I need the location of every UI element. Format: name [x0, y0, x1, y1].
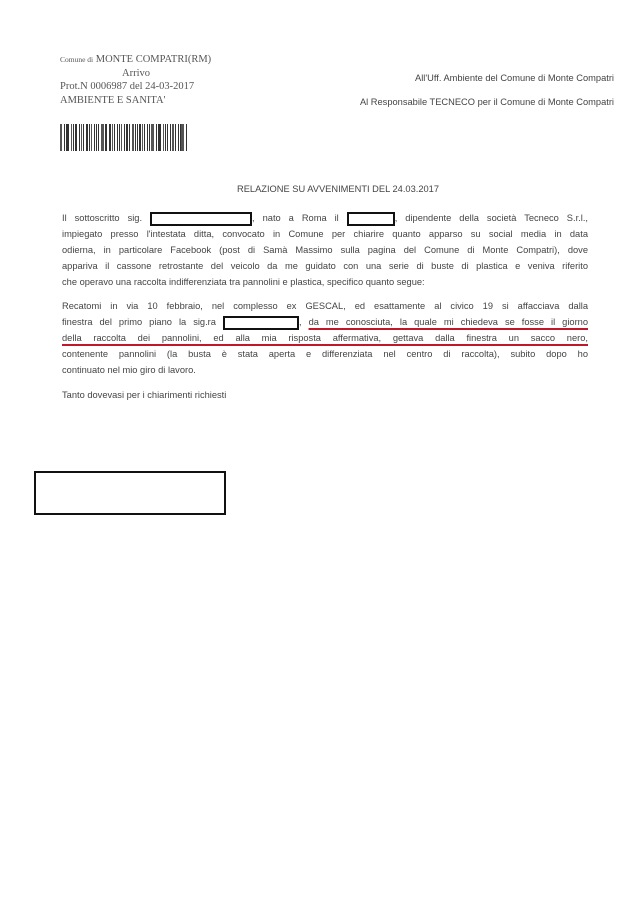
stamp-comune-prefix: Comune di	[60, 55, 93, 64]
redacted-birthdate	[347, 212, 395, 226]
paragraph-1-line-4: appariva il cassone retrostante del veic…	[62, 258, 588, 274]
redacted-signature	[34, 471, 226, 515]
paragraph-2-line-2: finestra del primo piano la sig.ra , da …	[62, 314, 588, 330]
highlighted-text-1: da me conosciuta, la quale mi chiedeva s…	[309, 317, 588, 327]
paragraph-1-line-5: che operavo una raccolta indifferenziata…	[62, 274, 588, 290]
document-title: RELAZIONE SU AVVENIMENTI DEL 24.03.2017	[0, 184, 636, 194]
stamp-comune-name: MONTE COMPATRI(RM)	[96, 54, 211, 65]
redacted-name	[150, 212, 252, 226]
recipients: All'Uff. Ambiente del Comune di Monte Co…	[360, 73, 614, 121]
highlighted-text-2: della raccolta dei pannolini, ed alla mi…	[62, 330, 588, 346]
stamp-department: AMBIENTE E SANITA'	[60, 94, 230, 108]
stamp-direction: Arrivo	[60, 67, 230, 81]
paragraph-1-line-3: odierna, in particolare Facebook (post d…	[62, 242, 588, 258]
recipient-2: Al Responsabile TECNECO per il Comune di…	[360, 97, 614, 107]
paragraph-1: Il sottoscritto sig. , nato a Roma il , …	[62, 210, 588, 290]
stamp-protocol: Prot.N 0006987 del 24-03-2017	[60, 80, 230, 94]
barcode	[60, 124, 188, 151]
redacted-resident-name	[223, 316, 299, 330]
recipient-1: All'Uff. Ambiente del Comune di Monte Co…	[360, 73, 614, 83]
closing-line: Tanto dovevasi per i chiarimenti richies…	[62, 387, 588, 403]
paragraph-1-line-2: impiegato presso l'intestata ditta, conv…	[62, 226, 588, 242]
paragraph-2: Recatomi in via 10 febbraio, nel comples…	[62, 298, 588, 378]
paragraph-2-line-4: contenente pannolini (la busta è stata a…	[62, 346, 588, 362]
paragraph-2-line-1: Recatomi in via 10 febbraio, nel comples…	[62, 298, 588, 314]
stamp-comune: Comune di MONTE COMPATRI(RM)	[60, 53, 230, 67]
paragraph-2-line-5: continuato nel mio giro di lavoro.	[62, 362, 588, 378]
protocol-stamp: Comune di MONTE COMPATRI(RM) Arrivo Prot…	[60, 53, 230, 107]
paragraph-1-line-1: Il sottoscritto sig. , nato a Roma il , …	[62, 210, 588, 226]
